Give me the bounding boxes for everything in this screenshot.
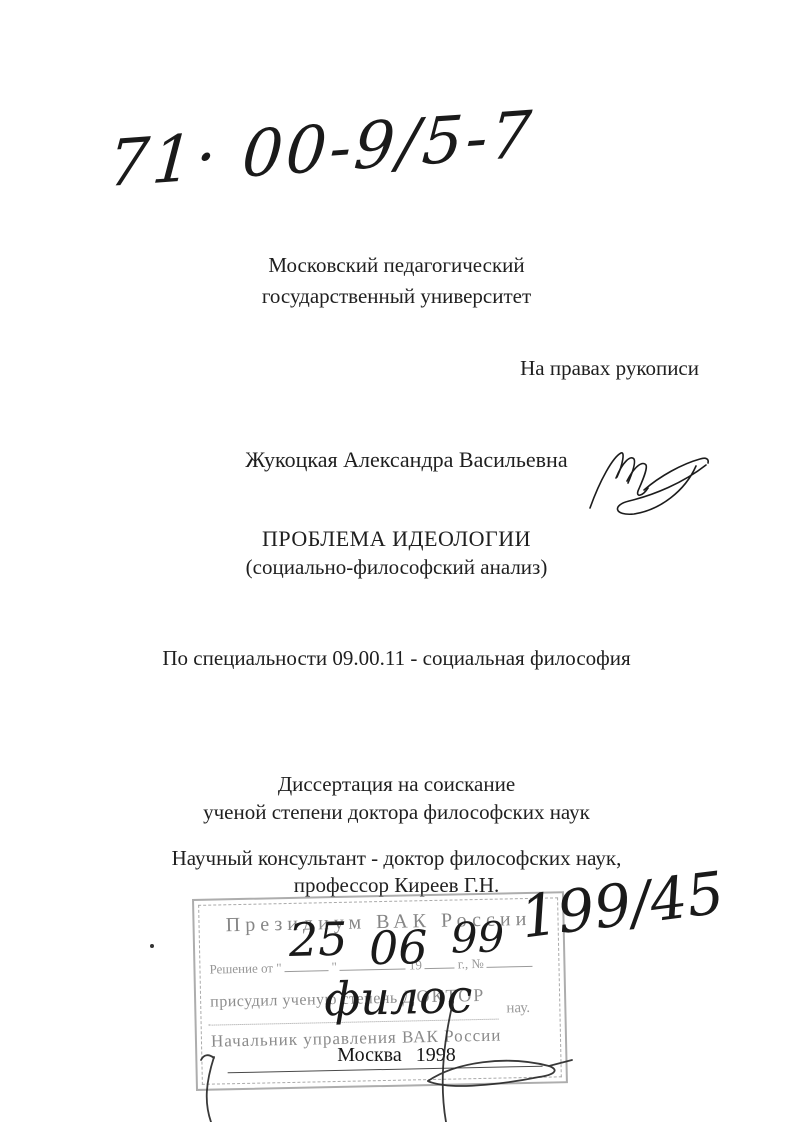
handwritten-year: 99 bbox=[450, 916, 504, 959]
work-title: ПРОБЛЕМА ИДЕОЛОГИИ bbox=[0, 526, 793, 552]
specialty-line: По специальности 09.00.11 - социальная ф… bbox=[0, 646, 793, 671]
university-name: Московский педагогический государственны… bbox=[0, 250, 793, 312]
author-signature-icon bbox=[582, 436, 710, 528]
city: Москва bbox=[337, 1044, 401, 1066]
university-line2: государственный университет bbox=[0, 281, 793, 312]
handwritten-degree-field: филос bbox=[324, 973, 473, 1022]
work-subtitle: (социально-философский анализ) bbox=[0, 555, 793, 580]
stamp-field-unit: нау. bbox=[506, 1000, 530, 1017]
dissertation-line2: ученой степени доктора философских наук bbox=[0, 798, 793, 826]
publication-year: 1998 bbox=[416, 1044, 456, 1066]
dissertation-statement: Диссертация на соискание ученой степени … bbox=[0, 770, 793, 826]
stamp-decision-prefix: Решение от " bbox=[209, 960, 281, 977]
handwritten-day: 25 bbox=[288, 916, 347, 963]
dissertation-line1: Диссертация на соискание bbox=[0, 770, 793, 798]
handwritten-catalog-code: 71· 00-9/5-7 bbox=[106, 103, 536, 197]
manuscript-note: На правах рукописи bbox=[520, 356, 699, 381]
university-line1: Московский педагогический bbox=[0, 250, 793, 281]
city-year-line: Москва1998 bbox=[0, 1044, 793, 1067]
scanned-dissertation-title-page: 71· 00-9/5-7 Московский педагогический г… bbox=[0, 0, 793, 1122]
handwritten-month: 06 bbox=[369, 924, 428, 971]
ink-speck bbox=[150, 944, 154, 948]
